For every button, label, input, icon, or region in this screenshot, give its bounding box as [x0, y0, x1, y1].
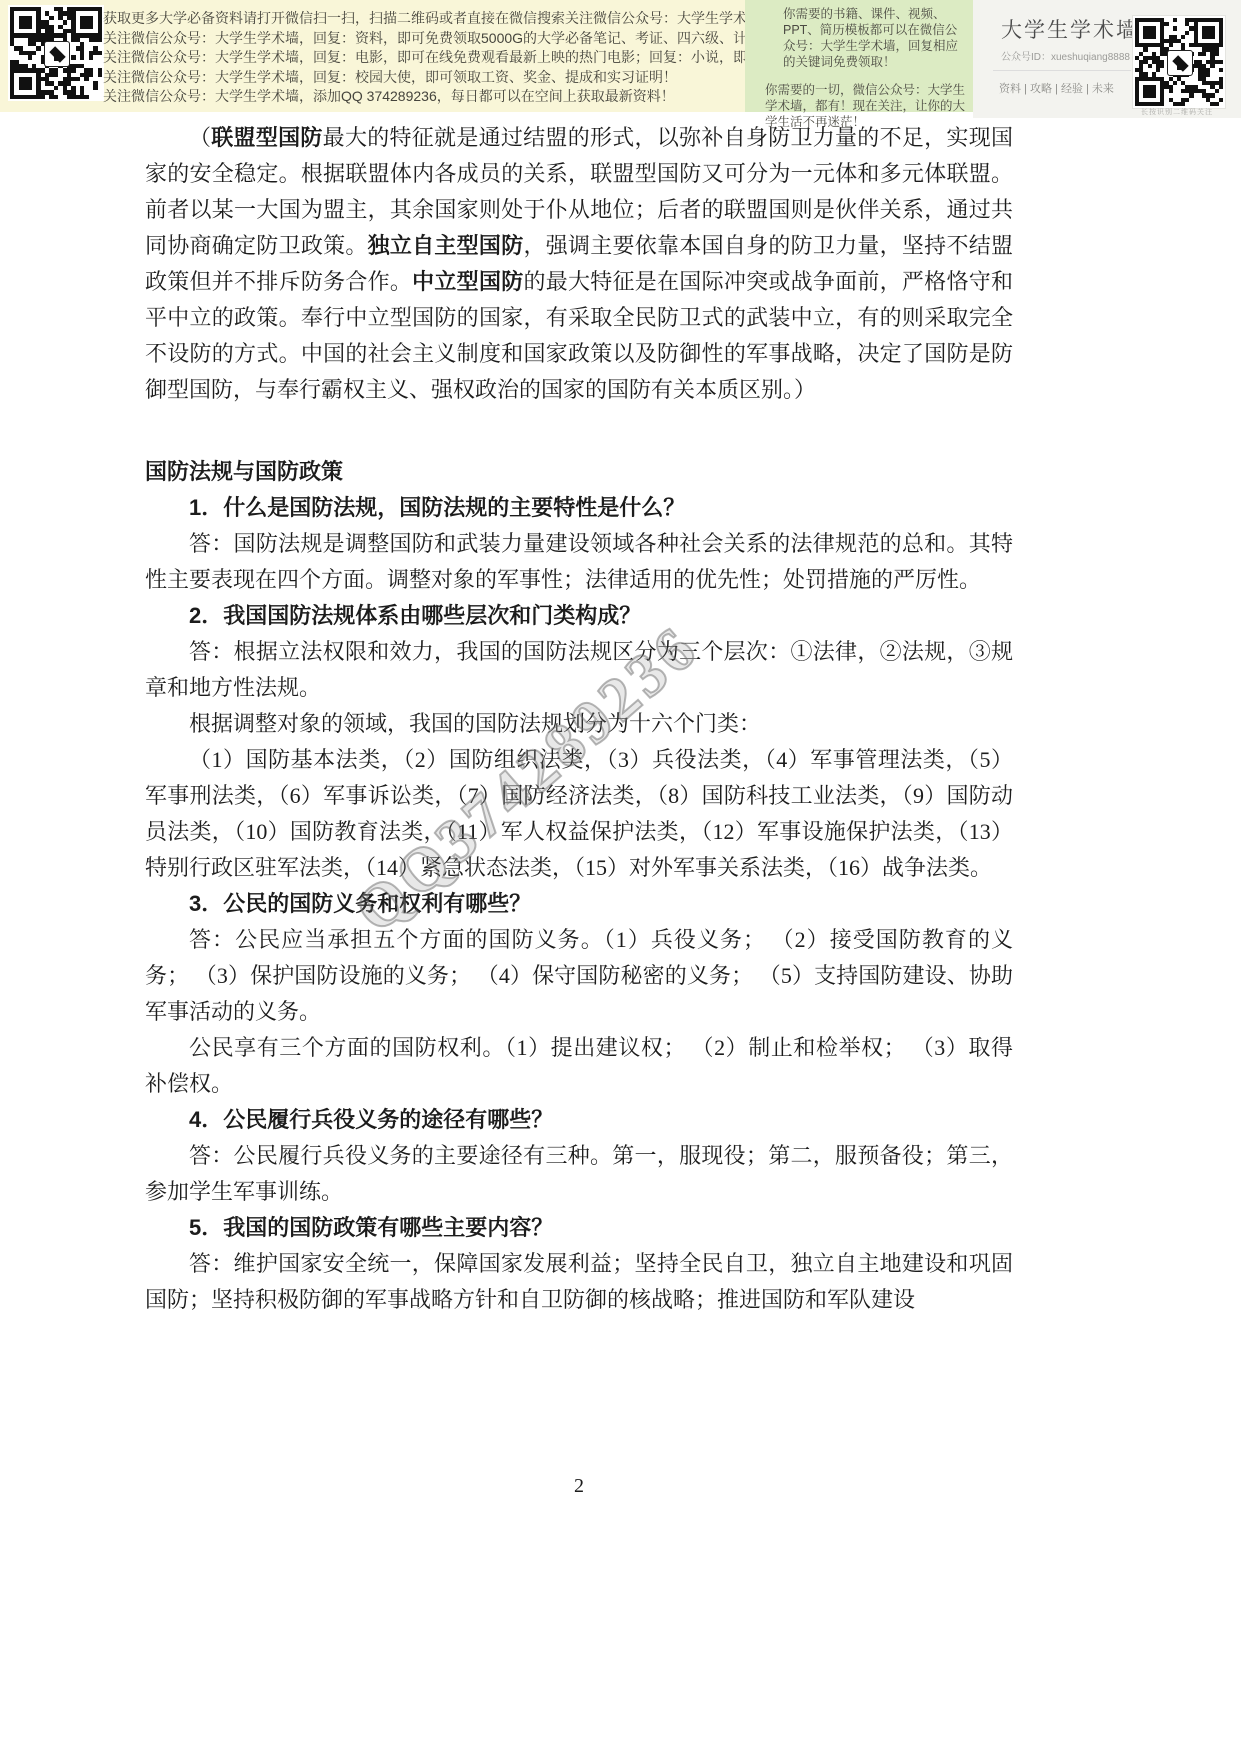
account-card-tags: 资料 | 攻略 | 经验 | 未来 [999, 80, 1114, 96]
graduation-cap-icon [1167, 50, 1193, 76]
bold-term: 联盟型国防 [211, 125, 322, 150]
question-line: 3．公民的国防义务和权利有哪些？ [145, 886, 1013, 922]
paragraph: 公民享有三个方面的国防权利。（1）提出建议权； （2）制止和检举权； （3）取得… [145, 1030, 1013, 1102]
account-card-title: 大学生学术墙 [1001, 14, 1139, 44]
banner-line: 关注微信公众号：大学生学术墙，回复：校园大使，即可领取工资、奖金、提成和实习证明… [103, 68, 753, 88]
banner-line: 关注微信公众号：大学生学术墙，回复：电影，即可在线免费观看最新上映的热门电影；回… [103, 48, 753, 68]
banner-line: 获取更多大学必备资料请打开微信扫一扫，扫描二维码或者直接在微信搜索关注微信公众号… [103, 9, 753, 29]
question-line: 1．什么是国防法规，国防法规的主要特性是什么？ [145, 490, 1013, 526]
promo-box-top-text: 你需要的书籍、课件、视频、PPT、简历模板都可以在微信公众号：大学生学术墙，回复… [745, 0, 973, 70]
page-number: 2 [145, 1475, 1013, 1498]
account-card-id: 公众号ID：xueshuqiang8888 [1001, 48, 1130, 63]
promo-banner: 获取更多大学必备资料请打开微信扫一扫，扫描二维码或者直接在微信搜索关注微信公众号… [0, 0, 1241, 112]
question-line: 4．公民履行兵役义务的途径有哪些？ [145, 1102, 1013, 1138]
section-heading: 国防法规与国防政策 [145, 454, 1013, 490]
banner-line: 关注微信公众号：大学生学术墙，添加QQ 374289236，每日都可以在空间上获… [103, 87, 753, 107]
question-line: 2．我国国防法规体系由哪些层次和门类构成？ [145, 598, 1013, 634]
account-card: 大学生学术墙 公众号ID：xueshuqiang8888 资料 | 攻略 | 经… [973, 0, 1241, 118]
paragraph: 根据调整对象的领域，我国的国防法规划分为十六个门类： [145, 706, 1013, 742]
paragraph: （1）国防基本法类，（2）国防组织法类，（3）兵役法类，（4）军事管理法类，（5… [145, 742, 1013, 886]
banner-line: 关注微信公众号：大学生学术墙，回复：资料，即可免费领取5000G的大学必备笔记、… [103, 29, 753, 49]
promo-box: 你需要的书籍、课件、视频、PPT、简历模板都可以在微信公众号：大学生学术墙，回复… [745, 0, 973, 112]
bold-term: 独立自主型国防 [368, 233, 524, 258]
banner-text-lines: 获取更多大学必备资料请打开微信扫一扫，扫描二维码或者直接在微信搜索关注微信公众号… [103, 9, 753, 107]
qr-code-right [1133, 16, 1225, 108]
paragraph: 答：公民应当承担五个方面的国防义务。（1）兵役义务； （2）接受国防教育的义务；… [145, 922, 1013, 1030]
bold-term: 中立型国防 [412, 269, 523, 294]
document-page: 获取更多大学必备资料请打开微信扫一扫，扫描二维码或者直接在微信搜索关注微信公众号… [0, 0, 1241, 1754]
graduation-cap-icon [44, 41, 70, 67]
qr-code-left [8, 5, 104, 101]
paragraph: 答：公民履行兵役义务的主要途径有三种。第一，服现役；第二，服预备役；第三，参加学… [145, 1138, 1013, 1210]
paragraph: 答：维护国家安全统一，保障国家发展利益；坚持全民自卫，独立自主地建设和巩固国防；… [145, 1246, 1013, 1318]
paragraph: 答：根据立法权限和效力，我国的国防法规区分为三个层次：①法律，②法规，③规章和地… [145, 634, 1013, 706]
paragraph: 答：国防法规是调整国防和武装力量建设领域各种社会关系的法律规范的总和。其特性主要… [145, 526, 1013, 598]
qr-caption: 长按识别二维码关注 [1141, 107, 1213, 117]
intro-paragraph: （联盟型国防最大的特征就是通过结盟的形式，以弥补自身防卫力量的不足，实现国家的安… [145, 120, 1013, 408]
question-line: 5．我国的国防政策有哪些主要内容？ [145, 1210, 1013, 1246]
document-body: （联盟型国防最大的特征就是通过结盟的形式，以弥补自身防卫力量的不足，实现国家的安… [145, 120, 1013, 1318]
card-divider [993, 70, 1131, 71]
